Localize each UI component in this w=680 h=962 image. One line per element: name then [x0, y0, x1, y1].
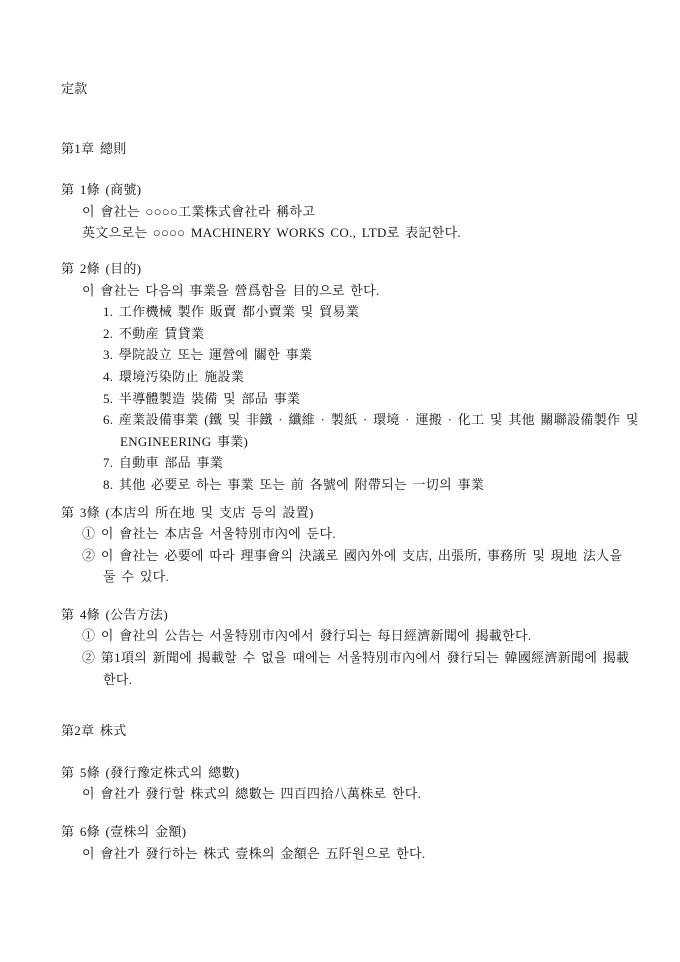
- article-4-paragraph-2-continuation: 한다.: [61, 669, 646, 691]
- article-3-paragraph-2-continuation: 둘 수 있다.: [61, 566, 646, 588]
- article-2-intro: 이 會社는 다음의 事業을 營爲함을 目的으로 한다.: [61, 280, 646, 302]
- article-4-heading: 第 4條 (公告方法): [61, 604, 646, 626]
- article-5-text-line: 이 會社가 發行할 株式의 總數는 四百四拾八萬株로 한다.: [61, 783, 646, 805]
- article-3-paragraph-1: ① 이 會社는 本店을 서울特別市內에 둔다.: [61, 523, 646, 545]
- article-2-item: 2. 不動産 賃貸業: [61, 323, 646, 345]
- article-4: 第 4條 (公告方法) ① 이 會社의 公告는 서울特別市內에서 發行되는 每日…: [61, 604, 646, 690]
- article-2-item: 7. 自動車 部品 事業: [61, 452, 646, 474]
- article-1: 第 1條 (商號) 이 會社는 ○○○○工業株式會社라 稱하고 英文으로는 ○○…: [61, 179, 646, 244]
- article-6-heading: 第 6條 (壹株의 金額): [61, 821, 646, 843]
- article-4-paragraph-2: ② 第1項의 新聞에 揭載할 수 없을 때에는 서울特別市內에서 發行되는 韓國…: [61, 647, 646, 669]
- article-4-paragraph-1: ① 이 會社의 公告는 서울特別市內에서 發行되는 每日經濟新聞에 揭載한다.: [61, 625, 646, 647]
- article-2-item: 4. 環境汚染防止 施設業: [61, 366, 646, 388]
- article-2-item: 8. 其他 必要로 하는 事業 또는 前 各號에 附帶되는 一切의 事業: [61, 474, 646, 496]
- article-6-text-line: 이 會社가 發行하는 株式 壹株의 金額은 五阡원으로 한다.: [61, 843, 646, 865]
- chapter1-heading: 第1章 總則: [61, 138, 646, 160]
- article-1-text-line: 이 會社는 ○○○○工業株式會社라 稱하고: [61, 201, 646, 223]
- document-page: 定款 第1章 總則 第 1條 (商號) 이 會社는 ○○○○工業株式會社라 稱하…: [0, 0, 680, 962]
- chapter2-heading: 第2章 株式: [61, 720, 646, 742]
- article-1-text-line: 英文으로는 ○○○○ MACHINERY WORKS CO., LTD로 表記한…: [61, 222, 646, 244]
- article-5-heading: 第 5條 (發行豫定株式의 總數): [61, 762, 646, 784]
- article-1-heading: 第 1條 (商號): [61, 179, 646, 201]
- article-3: 第 3條 (本店의 所在地 및 支店 등의 設置) ① 이 會社는 本店을 서울…: [61, 502, 646, 588]
- article-2-item: 6. 産業設備事業 (鐵 및 非鐵 · 纖維 · 製紙 · 環境 · 運搬 · …: [61, 409, 646, 431]
- document-title: 定款: [61, 78, 646, 100]
- article-2: 第 2條 (目的) 이 會社는 다음의 事業을 營爲함을 目的으로 한다. 1.…: [61, 258, 646, 496]
- article-2-heading: 第 2條 (目的): [61, 258, 646, 280]
- article-5: 第 5條 (發行豫定株式의 總數) 이 會社가 發行할 株式의 總數는 四百四拾…: [61, 762, 646, 805]
- article-2-item: 5. 半導體製造 裝備 및 部品 事業: [61, 388, 646, 410]
- article-3-heading: 第 3條 (本店의 所在地 및 支店 등의 設置): [61, 502, 646, 524]
- article-2-item: 1. 工作機械 製作 販賣 都小賣業 및 貿易業: [61, 301, 646, 323]
- article-2-item-continuation: ENGINEERING 事業): [61, 431, 646, 453]
- article-6: 第 6條 (壹株의 金額) 이 會社가 發行하는 株式 壹株의 金額은 五阡원으…: [61, 821, 646, 864]
- article-3-paragraph-2: ② 이 會社는 必要에 따라 理事會의 決議로 國內外에 支店, 出張所, 事務…: [61, 545, 646, 567]
- article-2-item: 3. 學院設立 또는 運營에 關한 事業: [61, 344, 646, 366]
